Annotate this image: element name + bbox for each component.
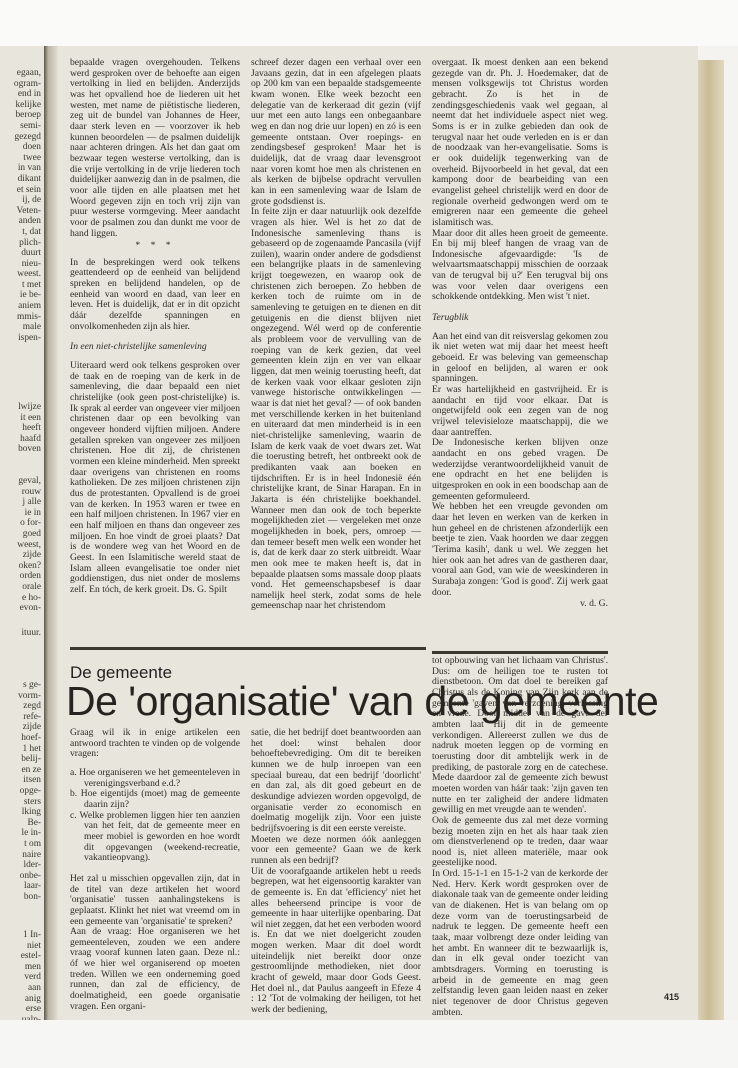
scan-background-top [0, 0, 738, 46]
left-facing-page: egaan, ogram- end in kelijke beroep semi… [0, 46, 46, 1020]
left-page-text-fragment: geval, rouw j alle ie in o for- goed wee… [17, 476, 41, 614]
page-edge-stack [698, 60, 724, 1020]
page-number: 415 [664, 992, 679, 1002]
paragraph: Maar door dit alles heen groeit de gemee… [432, 229, 608, 304]
left-page-text-fragment: 1 In- niet estel- men verd aan anig erse… [21, 930, 41, 1020]
paragraph: schreef dezer dagen een verhaal over een… [251, 58, 421, 207]
paragraph: In feite zijn er daar natuurlijk ook dez… [251, 207, 421, 612]
paragraph: Moeten we deze normen óók aanleggen voor… [251, 835, 421, 867]
top-article-column-1: bepaalde vragen overgehouden. Telkens we… [70, 58, 240, 596]
paragraph: In de besprekingen werd ook telkens geat… [70, 258, 240, 333]
subheading: Terugblik [432, 313, 608, 324]
question-list: a. Hoe organiseren we het gemeenteleven … [70, 768, 240, 864]
paragraph: overgaat. Ik moest denken aan een bekend… [432, 58, 608, 229]
paragraph: bepaalde vragen overgehouden. Telkens we… [70, 58, 240, 239]
paragraph: We hebben het een vreugde gevonden om da… [432, 502, 608, 598]
paragraph: Aan het eind van dit reisverslag gekomen… [432, 332, 608, 385]
question-item: a. Hoe organiseren we het gemeenteleven … [70, 768, 240, 789]
paragraph: tot opbouwing van het lichaam van Christ… [432, 656, 608, 816]
question-item: c. Welke problemen liggen hier ten aanzi… [70, 811, 240, 864]
paragraph: Aan de vraag: Hoe organiseren we het gem… [70, 927, 240, 1012]
paragraph: Ook de gemeente dus zal met deze vorming… [432, 816, 608, 869]
question-item: b. Hoe eigentijds (moet) mag de gemeente… [70, 789, 240, 810]
paragraph: Er was hartelijkheid en gastvrijheid. Er… [432, 385, 608, 438]
left-page-text-fragment: egaan, ogram- end in kelijke beroep semi… [14, 68, 41, 343]
paragraph: Het zal u misschien opgevallen zijn, dat… [70, 874, 240, 927]
bottom-article-column-3: tot opbouwing van het lichaam van Christ… [432, 656, 608, 1018]
book-gutter [44, 46, 58, 1020]
article-separator-rule [432, 651, 608, 654]
author-signature: v. d. G. [432, 599, 608, 610]
scan-background-bottom [0, 1020, 738, 1068]
top-article-column-2: schreef dezer dagen een verhaal over een… [251, 58, 421, 612]
bottom-article-column-2: satie, die het bedrijf doet beantwoorden… [251, 728, 421, 1016]
left-page-text-fragment: lwijze it een heeft haafd boven [18, 402, 41, 455]
intro-paragraph: Graag wil ik in enige artikelen een antw… [70, 728, 240, 760]
paragraph: Uiteraard werd ook telkens gesproken ove… [70, 361, 240, 595]
paragraph: In Ord. 15-1-1 en 15-1-2 van de kerkorde… [432, 869, 608, 1018]
paragraph: satie, die het bedrijf doet beantwoorden… [251, 728, 421, 835]
paragraph: Uit de voorafgaande artikelen hebt u ree… [251, 867, 421, 1016]
left-page-text-fragment: ituur. [21, 628, 41, 639]
article-separator-rule [70, 647, 426, 650]
subheading: In een niet-christelijke samenleving [70, 342, 240, 353]
top-article-column-3: overgaat. Ik moest denken aan een bekend… [432, 58, 608, 610]
paragraph: De Indonesische kerken blijven onze aand… [432, 438, 608, 502]
section-divider-stars: * * * [70, 241, 240, 252]
bottom-article-column-1: Graag wil ik in enige artikelen een antw… [70, 728, 240, 1012]
left-page-text-fragment: s ge- vorm- zegd refe- zijde hoef- 1 het… [18, 680, 41, 902]
